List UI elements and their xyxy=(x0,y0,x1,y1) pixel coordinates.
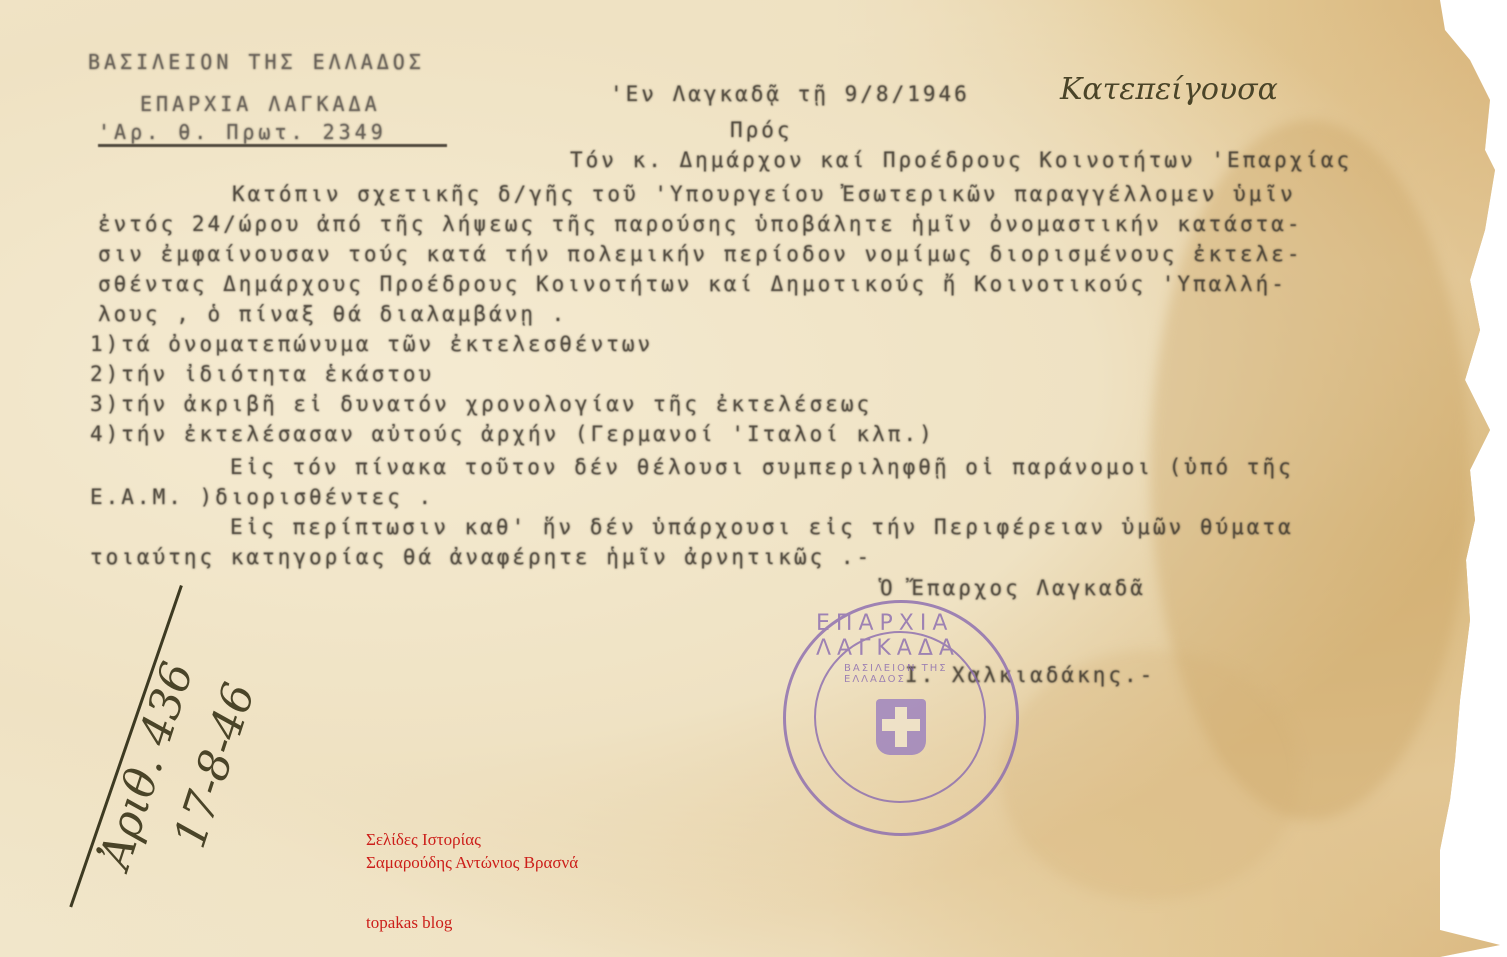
list-item: 1)τά ὀνοματεπώνυμα τῶν ἐκτελεσθέντων xyxy=(90,332,653,356)
signature-title: Ὁ Ἔπαρχος Λαγκαδᾶ xyxy=(880,576,1146,600)
body-line: Κατόπιν σχετικῆς δ/γῆς τοῦ 'Υπουργείου Ἐ… xyxy=(232,182,1296,206)
watermark-author: Σαμαρούδης Αντώνιος Βρασνά xyxy=(366,852,578,874)
header-kingdom: ΒΑΣΙΛΕΙΟΝ ΤΗΣ ΕΛΛΑΔΟΣ xyxy=(88,50,425,74)
watermark-blog: topakas blog xyxy=(366,912,452,934)
list-item: 4)τήν ἐκτελέσασαν αὐτούς ἀρχήν (Γερμανοί… xyxy=(90,422,935,446)
addressee-line: Τόν κ. Δημάρχον καί Προέδρους Κοινοτήτων… xyxy=(570,148,1352,172)
handwritten-urgent-note: Κατεπείγουσα xyxy=(1060,72,1278,107)
aged-paper-document: ΒΑΣΙΛΕΙΟΝ ΤΗΣ ΕΛΛΑΔΟΣ ΕΠΑΡΧΙΑ ΛΑΓΚΑΔΑ 'Α… xyxy=(0,0,1507,957)
list-item: 3)τήν ἀκριβῆ εἰ δυνατόν χρονολογίαν τῆς … xyxy=(90,392,872,416)
date-line: 'Εν Λαγκαδᾷ τῇ 9/8/1946 xyxy=(610,82,970,106)
negative-report-paragraph-line: τοιαύτης κατηγορίας θά ἀναφέρητε ἡμῖν ἀρ… xyxy=(90,545,872,569)
cross-shield-icon xyxy=(876,699,926,755)
stamp-outer-text: ΕΠΑΡΧΙΑ ΛΑΓΚΑΔΑ xyxy=(816,611,1016,661)
watermark-title: Σελίδες Ιστορίας xyxy=(366,829,481,851)
header-prefecture: ΕΠΑΡΧΙΑ ΛΑΓΚΑΔΑ xyxy=(140,92,381,116)
body-line: σθέντας Δημάρχους Προέδρους Κοινοτήτων κ… xyxy=(98,272,1287,296)
exclusion-paragraph-line: Εἰς τόν πίνακα τοῦτον δέν θέλουσι συμπερ… xyxy=(230,455,1294,479)
official-stamp: ΒΑΣΙΛΕΙΟΝ ΤΗΣ ΕΛΛΑΔΟΣ ΕΠΑΡΧΙΑ ΛΑΓΚΑΔΑ xyxy=(783,600,1019,836)
stamp-inner-text: ΒΑΣΙΛΕΙΟΝ ΤΗΣ ΕΛΛΑΔΟΣ xyxy=(844,663,984,685)
body-line: ἐντός 24/ώρου ἀπό τῆς λήψεως τῆς παρούση… xyxy=(98,212,1303,236)
body-line: σιν ἐμφαίνουσαν τούς κατά τήν πολεμικήν … xyxy=(98,242,1303,266)
list-item: 2)τήν ἰδιότητα ἑκάστου xyxy=(90,362,434,386)
to-label: Πρός xyxy=(730,118,793,142)
negative-report-paragraph-line: Εἰς περίπτωσιν καθ' ἥν δέν ὑπάρχουσι εἰς… xyxy=(230,515,1294,539)
water-stain xyxy=(1000,650,1300,900)
body-line: λους , ὁ πίναξ θά διαλαμβάνῃ . xyxy=(98,302,567,326)
exclusion-paragraph-line: Ε.Α.Μ. )διορισθέντες . xyxy=(90,485,434,509)
header-protocol-number: 'Αρ. θ. Πρωτ. 2349 xyxy=(98,120,447,147)
